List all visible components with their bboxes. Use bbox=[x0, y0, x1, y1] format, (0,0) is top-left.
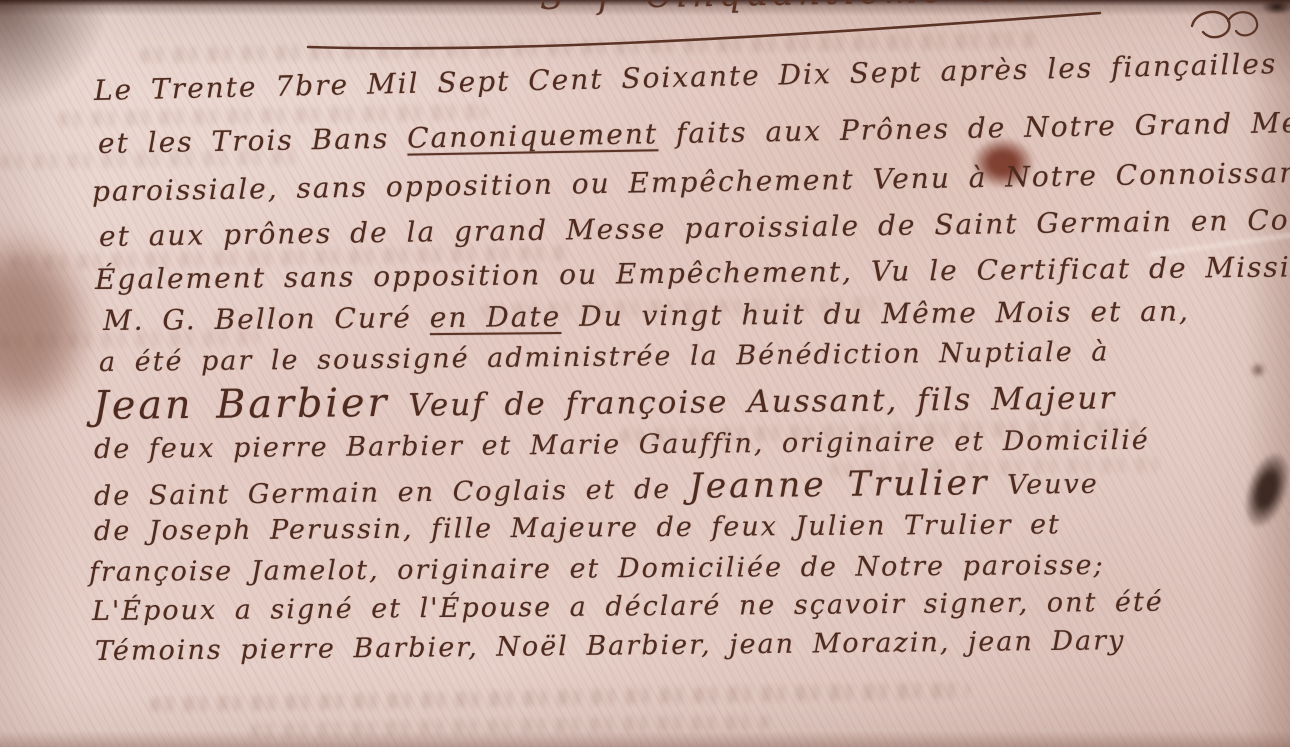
line-text: et aux prônes de la grand Messe paroissi… bbox=[99, 202, 1290, 253]
groom-name: Jean Barbier bbox=[93, 380, 390, 429]
bleed-through-smudge bbox=[150, 683, 970, 712]
line-text: Veuf de françoise Aussant, fils Majeur bbox=[389, 380, 1116, 424]
line-text: Du vingt huit du Même Mois et an, bbox=[561, 295, 1190, 333]
line-saint-germain: et aux prônes de la grand Messe paroissi… bbox=[99, 202, 1290, 253]
line-text: de Saint Germain en Coglais et de bbox=[94, 474, 689, 512]
line-groom-name: Jean Barbier Veuf de françoise Aussant, … bbox=[93, 372, 1117, 429]
line-cure-date: M. G. Bellon Curé en Date Du vingt huit … bbox=[103, 295, 1190, 337]
line-text: M. G. Bellon Curé bbox=[103, 301, 430, 337]
line-text: et les Trois Bans bbox=[98, 122, 408, 160]
line-text: Veuve bbox=[989, 469, 1099, 501]
ink-blot bbox=[1237, 448, 1290, 532]
underlined-word: en Date bbox=[430, 300, 562, 334]
manuscript-page: S f Cinquantième côte Le Trente 7bre Mil… bbox=[0, 0, 1290, 747]
line-signatures-statement: L'Époux a signé et l'Épouse a déclaré ne… bbox=[92, 587, 1164, 627]
line-text: de Joseph Perussin, fille Majeure de feu… bbox=[94, 509, 1061, 547]
line-text: Témoins pierre Barbier, Noël Barbier, je… bbox=[95, 625, 1126, 667]
ink-speck bbox=[1262, 0, 1290, 14]
bleed-through-smudge bbox=[250, 714, 770, 738]
line-bride-name: de Saint Germain en Coglais et de Jeanne… bbox=[94, 462, 1099, 514]
line-witnesses: Témoins pierre Barbier, Noël Barbier, je… bbox=[95, 625, 1126, 667]
line-bride-parents: de Joseph Perussin, fille Majeure de feu… bbox=[94, 509, 1061, 547]
line-text: françoise Jamelot, originaire et Domicil… bbox=[89, 550, 1105, 588]
line-text: faits aux Prônes de Notre Grand Messe bbox=[658, 105, 1290, 150]
line-bride-origin: françoise Jamelot, originaire et Domicil… bbox=[89, 550, 1105, 588]
underlined-word: Canoniquement bbox=[407, 117, 658, 154]
line-groom-parents: de feux pierre Barbier et Marie Gauffin,… bbox=[94, 425, 1150, 465]
line-text: de feux pierre Barbier et Marie Gauffin,… bbox=[94, 425, 1150, 465]
heading-fragment: S f Cinquantième côte bbox=[540, 0, 1071, 18]
heading-fragment-text: S f Cinquantième côte bbox=[540, 0, 1071, 18]
line-text: L'Époux a signé et l'Épouse a déclaré ne… bbox=[92, 587, 1164, 627]
bride-name: Jeanne Trulier bbox=[689, 463, 990, 507]
ink-speck bbox=[1250, 362, 1266, 378]
